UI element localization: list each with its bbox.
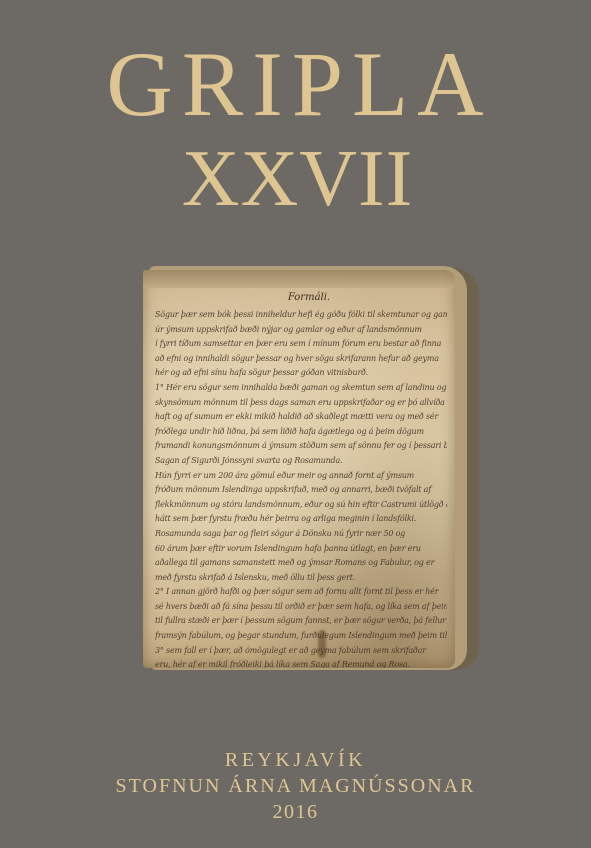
manuscript-line: 2° Í annan gjörð hafði og þær sögur sem … bbox=[155, 585, 447, 600]
manuscript-line: úr ýmsum uppskrifað bæði nýjar og gamlar… bbox=[155, 323, 447, 338]
manuscript-line: skynsömum mönnum til þess dags saman eru… bbox=[155, 396, 447, 411]
manuscript-line: Sögur þær sem bók þessi inniheldur hefi … bbox=[155, 308, 447, 323]
manuscript-line: aðallega til gamans samanstett með og ým… bbox=[155, 556, 447, 571]
manuscript-stain bbox=[318, 630, 326, 658]
volume-number: XXVII bbox=[0, 136, 591, 222]
manuscript-line: Rosamunda saga þar og fleiri sögur á Dön… bbox=[155, 527, 447, 542]
manuscript-line: 1° Hér eru sögur sem innihalda bæði gama… bbox=[155, 381, 447, 396]
manuscript-line: 3° sem fall er í þær, að ómögulegt er að… bbox=[155, 644, 447, 659]
manuscript-line: fróðlega undir hið liðna, þá sem liðið h… bbox=[155, 425, 447, 440]
imprint-year: 2016 bbox=[0, 801, 591, 824]
manuscript-line: Sagan af Sigurði Jónssyni svarta og Rosa… bbox=[155, 454, 447, 469]
imprint-city: REYKJAVÍK bbox=[0, 749, 591, 772]
manuscript-line: framsýn fabúlum, og þegar stundum, furðu… bbox=[155, 629, 447, 644]
manuscript-line: hér og að efni sínu hafa sögur þessar gó… bbox=[155, 366, 447, 381]
manuscript-line: í fyrri tíðum samsettar en þær eru sem í… bbox=[155, 337, 447, 352]
manuscript-line: að efni og innihaldi sögur þessar og hve… bbox=[155, 352, 447, 367]
book-cover: GRIPLA XXVII Formáli. Sögur þær sem bók … bbox=[0, 0, 591, 848]
manuscript-page: Formáli. Sögur þær sem bók þessi innihel… bbox=[143, 270, 455, 668]
manuscript-line: flekkmönnum og stóru landsmönnum, eður o… bbox=[155, 498, 447, 513]
manuscript-illustration: Formáli. Sögur þær sem bók þessi innihel… bbox=[143, 264, 479, 674]
manuscript-line: 60 árum þær eftir vorum Íslendingum hafa… bbox=[155, 542, 447, 557]
imprint-publisher: STOFNUN ÁRNA MAGNÚSSONAR bbox=[0, 775, 591, 798]
manuscript-line: með fyrstu skrifað á Íslensku, með öllu … bbox=[155, 571, 447, 586]
manuscript-line: fróðum mönnum Íslendinga uppskrifuð, með… bbox=[155, 483, 447, 498]
manuscript-line: til fullra stæði er þær í þessum sögum f… bbox=[155, 614, 447, 629]
manuscript-line: framandi konungsmönnum á ýmsum stöðum se… bbox=[155, 439, 447, 454]
manuscript-heading: Formáli. bbox=[143, 292, 455, 303]
journal-title: GRIPLA bbox=[0, 34, 591, 134]
manuscript-line: hátt sem þær fyrstu fræðu hér þeirra og … bbox=[155, 512, 447, 527]
manuscript-line: sé hvers bæði að fá sína þessu til orðið… bbox=[155, 600, 447, 615]
manuscript-text: Sögur þær sem bók þessi inniheldur hefi … bbox=[155, 308, 447, 668]
manuscript-line: eru, hér af er mikil fróðleiki þá líka s… bbox=[155, 658, 447, 668]
manuscript-line: Hún fyrri er um 200 ára gömul eður meir … bbox=[155, 469, 447, 484]
manuscript-worn-top bbox=[143, 270, 455, 288]
manuscript-line: haft og af sumum er ekki mikið haldið að… bbox=[155, 410, 447, 425]
